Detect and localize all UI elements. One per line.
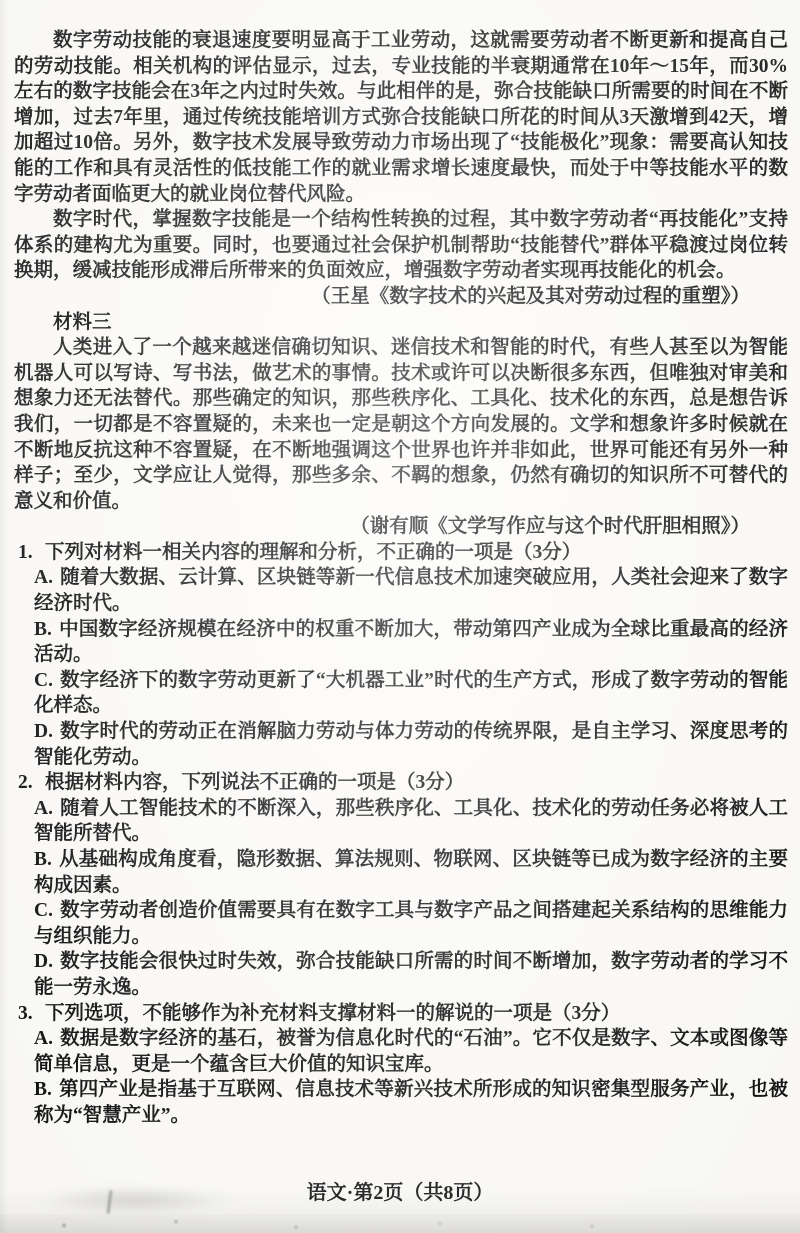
option-label: A. [34, 1028, 53, 1049]
question-1-option-b: B.中国数字经济规模在经济中的权重不断加大，带动第四产业成为全球比重最高的经济活… [14, 617, 788, 668]
option-text: 数字时代的劳动正在消解脑力劳动与体力劳动的传统界限，是自主学习、深度思考的智能化… [34, 721, 788, 768]
option-label: B. [34, 1079, 52, 1100]
page-content: 数字劳动技能的衰退速度要明显高于工业劳动，这就需要劳动者不断更新和提高自己的劳动… [14, 28, 788, 1129]
option-text: 中国数字经济规模在经济中的权重不断加大，带动第四产业成为全球比重最高的经济活动。 [34, 619, 788, 666]
material-two-attribution: （王星《数字技术的兴起及其对劳动过程的重塑》） [14, 284, 788, 310]
option-text: 数字经济下的数字劳动更新了“大机器工业”时代的生产方式，形成了数字劳动的智能化样… [34, 670, 788, 717]
question-2-option-d: D.数字技能会很快过时失效，弥合技能缺口所需的时间不断增加，数字劳动者的学习不能… [14, 949, 788, 1000]
option-label: B. [34, 849, 52, 870]
material-three-attribution: （谢有顺《文学写作应与这个时代肝胆相照》） [14, 514, 788, 540]
question-1-option-d: D.数字时代的劳动正在消解脑力劳动与体力劳动的传统界限，是自主学习、深度思考的智… [14, 719, 788, 770]
question-2-option-a: A.随着人工智能技术的不断深入，那些秩序化、工具化、技术化的劳动任务必将被人工智… [14, 796, 788, 847]
question-2-stem-text: 根据材料内容，下列说法不正确的一项是（3分） [45, 772, 464, 793]
question-1-option-c: C.数字经济下的数字劳动更新了“大机器工业”时代的生产方式，形成了数字劳动的智能… [14, 668, 788, 719]
question-1: 1.下列对材料一相关内容的理解和分析，不正确的一项是（3分） A.随着大数据、云… [14, 540, 788, 770]
exam-page-scan: 数字劳动技能的衰退速度要明显高于工业劳动，这就需要劳动者不断更新和提高自己的劳动… [0, 0, 800, 1233]
option-label: D. [34, 721, 53, 742]
question-1-stem-text: 下列对材料一相关内容的理解和分析，不正确的一项是（3分） [45, 542, 581, 563]
question-2-option-c: C.数字劳动者创造价值需要具有在数字工具与数字产品之间搭建起关系结构的思维能力与… [14, 898, 788, 949]
option-label: A. [34, 567, 53, 588]
question-1-stem: 1.下列对材料一相关内容的理解和分析，不正确的一项是（3分） [14, 540, 788, 566]
question-3-stem: 3.下列选项，不能够作为补充材料支撑材料一的解说的一项是（3分） [14, 1001, 788, 1027]
material-three-paragraph: 人类进入了一个越来越迷信确切知识、迷信技术和智能的时代，有些人甚至以为智能机器人… [14, 335, 788, 514]
option-text: 数字技能会很快过时失效，弥合技能缺口所需的时间不断增加，数字劳动者的学习不能一劳… [34, 951, 788, 998]
page-footer: 语文·第2页（共8页） [0, 1176, 800, 1205]
option-label: A. [34, 798, 53, 819]
option-label: B. [34, 619, 52, 640]
question-2-number: 2. [14, 770, 45, 796]
question-3-option-a: A.数据是数字经济的基石，被誉为信息化时代的“石油”。它不仅是数字、文本或图像等… [14, 1026, 788, 1077]
option-text: 数字劳动者创造价值需要具有在数字工具与数字产品之间搭建起关系结构的思维能力与组织… [34, 900, 788, 947]
question-1-number: 1. [14, 540, 45, 566]
question-1-option-a: A.随着大数据、云计算、区块链等新一代信息技术加速突破应用，人类社会迎来了数字经… [14, 565, 788, 616]
question-3-stem-text: 下列选项，不能够作为补充材料支撑材料一的解说的一项是（3分） [45, 1003, 620, 1024]
option-text: 随着人工智能技术的不断深入，那些秩序化、工具化、技术化的劳动任务必将被人工智能所… [34, 798, 788, 845]
question-3: 3.下列选项，不能够作为补充材料支撑材料一的解说的一项是（3分） A.数据是数字… [14, 1001, 788, 1129]
question-2: 2.根据材料内容，下列说法不正确的一项是（3分） A.随着人工智能技术的不断深入… [14, 770, 788, 1000]
material-three-heading: 材料三 [14, 310, 788, 336]
question-3-option-b: B.第四产业是指基于互联网、信息技术等新兴技术所形成的知识密集型服务产业，也被称… [14, 1077, 788, 1128]
option-text: 数据是数字经济的基石，被誉为信息化时代的“石油”。它不仅是数字、文本或图像等简单… [34, 1028, 788, 1075]
question-3-number: 3. [14, 1001, 45, 1027]
option-text: 随着大数据、云计算、区块链等新一代信息技术加速突破应用，人类社会迎来了数字经济时… [34, 567, 788, 614]
option-label: C. [34, 900, 53, 921]
material-two-paragraph-1: 数字劳动技能的衰退速度要明显高于工业劳动，这就需要劳动者不断更新和提高自己的劳动… [14, 28, 788, 207]
scan-bottom-speckles [0, 1214, 800, 1233]
question-2-stem: 2.根据材料内容，下列说法不正确的一项是（3分） [14, 770, 788, 796]
option-label: D. [34, 951, 53, 972]
option-label: C. [34, 670, 53, 691]
question-2-option-b: B.从基础构成角度看，隐形数据、算法规则、物联网、区块链等已成为数字经济的主要构… [14, 847, 788, 898]
material-two-paragraph-2: 数字时代，掌握数字技能是一个结构性转换的过程，其中数字劳动者“再技能化”支持体系… [14, 207, 788, 284]
option-text: 第四产业是指基于互联网、信息技术等新兴技术所形成的知识密集型服务产业，也被称为“… [34, 1079, 788, 1126]
option-text: 从基础构成角度看，隐形数据、算法规则、物联网、区块链等已成为数字经济的主要构成因… [34, 849, 788, 896]
